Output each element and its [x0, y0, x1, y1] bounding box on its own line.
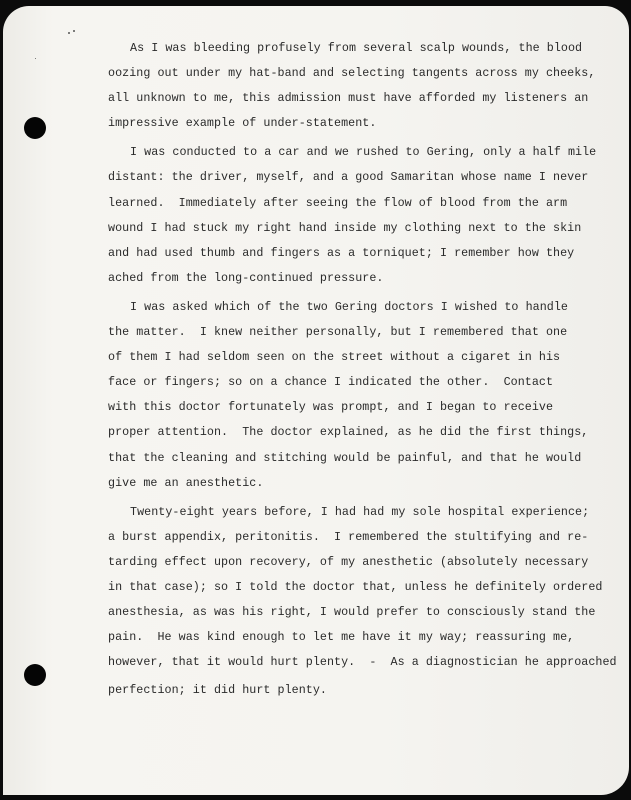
text-line: impressive example of under-statement. [108, 111, 628, 136]
text-line: with this doctor fortunately was prompt,… [108, 395, 628, 420]
text-line: I was asked which of the two Gering doct… [108, 295, 628, 320]
text-line: distant: the driver, myself, and a good … [108, 165, 628, 190]
ink-speck [73, 30, 75, 32]
document-body: As I was bleeding profusely from several… [108, 36, 628, 703]
paragraph-1: As I was bleeding profusely from several… [108, 36, 628, 136]
text-line: face or fingers; so on a chance I indica… [108, 370, 628, 395]
text-line: anesthesia, as was his right, I would pr… [108, 600, 628, 625]
text-line: perfection; it did hurt plenty. [108, 678, 628, 703]
text-line: I was conducted to a car and we rushed t… [108, 140, 628, 165]
ink-speck [68, 32, 70, 34]
text-line: ached from the long-continued pressure. [108, 266, 628, 291]
paragraph-4: Twenty-eight years before, I had had my … [108, 500, 628, 704]
text-line: in that case); so I told the doctor that… [108, 575, 628, 600]
text-line: oozing out under my hat-band and selecti… [108, 61, 628, 86]
text-line: wound I had stuck my right hand inside m… [108, 216, 628, 241]
text-line: Twenty-eight years before, I had had my … [108, 500, 628, 525]
text-line: learned. Immediately after seeing the fl… [108, 191, 628, 216]
punch-hole-bottom [24, 664, 46, 686]
text-line: all unknown to me, this admission must h… [108, 86, 628, 111]
ink-speck [35, 58, 36, 59]
text-line: that the cleaning and stitching would be… [108, 446, 628, 471]
text-line: give me an anesthetic. [108, 471, 628, 496]
text-line: of them I had seldom seen on the street … [108, 345, 628, 370]
text-line: a burst appendix, peritonitis. I remembe… [108, 525, 628, 550]
text-line: however, that it would hurt plenty. - As… [108, 650, 628, 675]
text-line: tarding effect upon recovery, of my anes… [108, 550, 628, 575]
paragraph-2: I was conducted to a car and we rushed t… [108, 140, 628, 291]
text-line: the matter. I knew neither personally, b… [108, 320, 628, 345]
text-line: pain. He was kind enough to let me have … [108, 625, 628, 650]
paragraph-3: I was asked which of the two Gering doct… [108, 295, 628, 496]
text-line: As I was bleeding profusely from several… [108, 36, 628, 61]
text-line: and had used thumb and fingers as a torn… [108, 241, 628, 266]
text-line: proper attention. The doctor explained, … [108, 420, 628, 445]
punch-hole-top [24, 117, 46, 139]
